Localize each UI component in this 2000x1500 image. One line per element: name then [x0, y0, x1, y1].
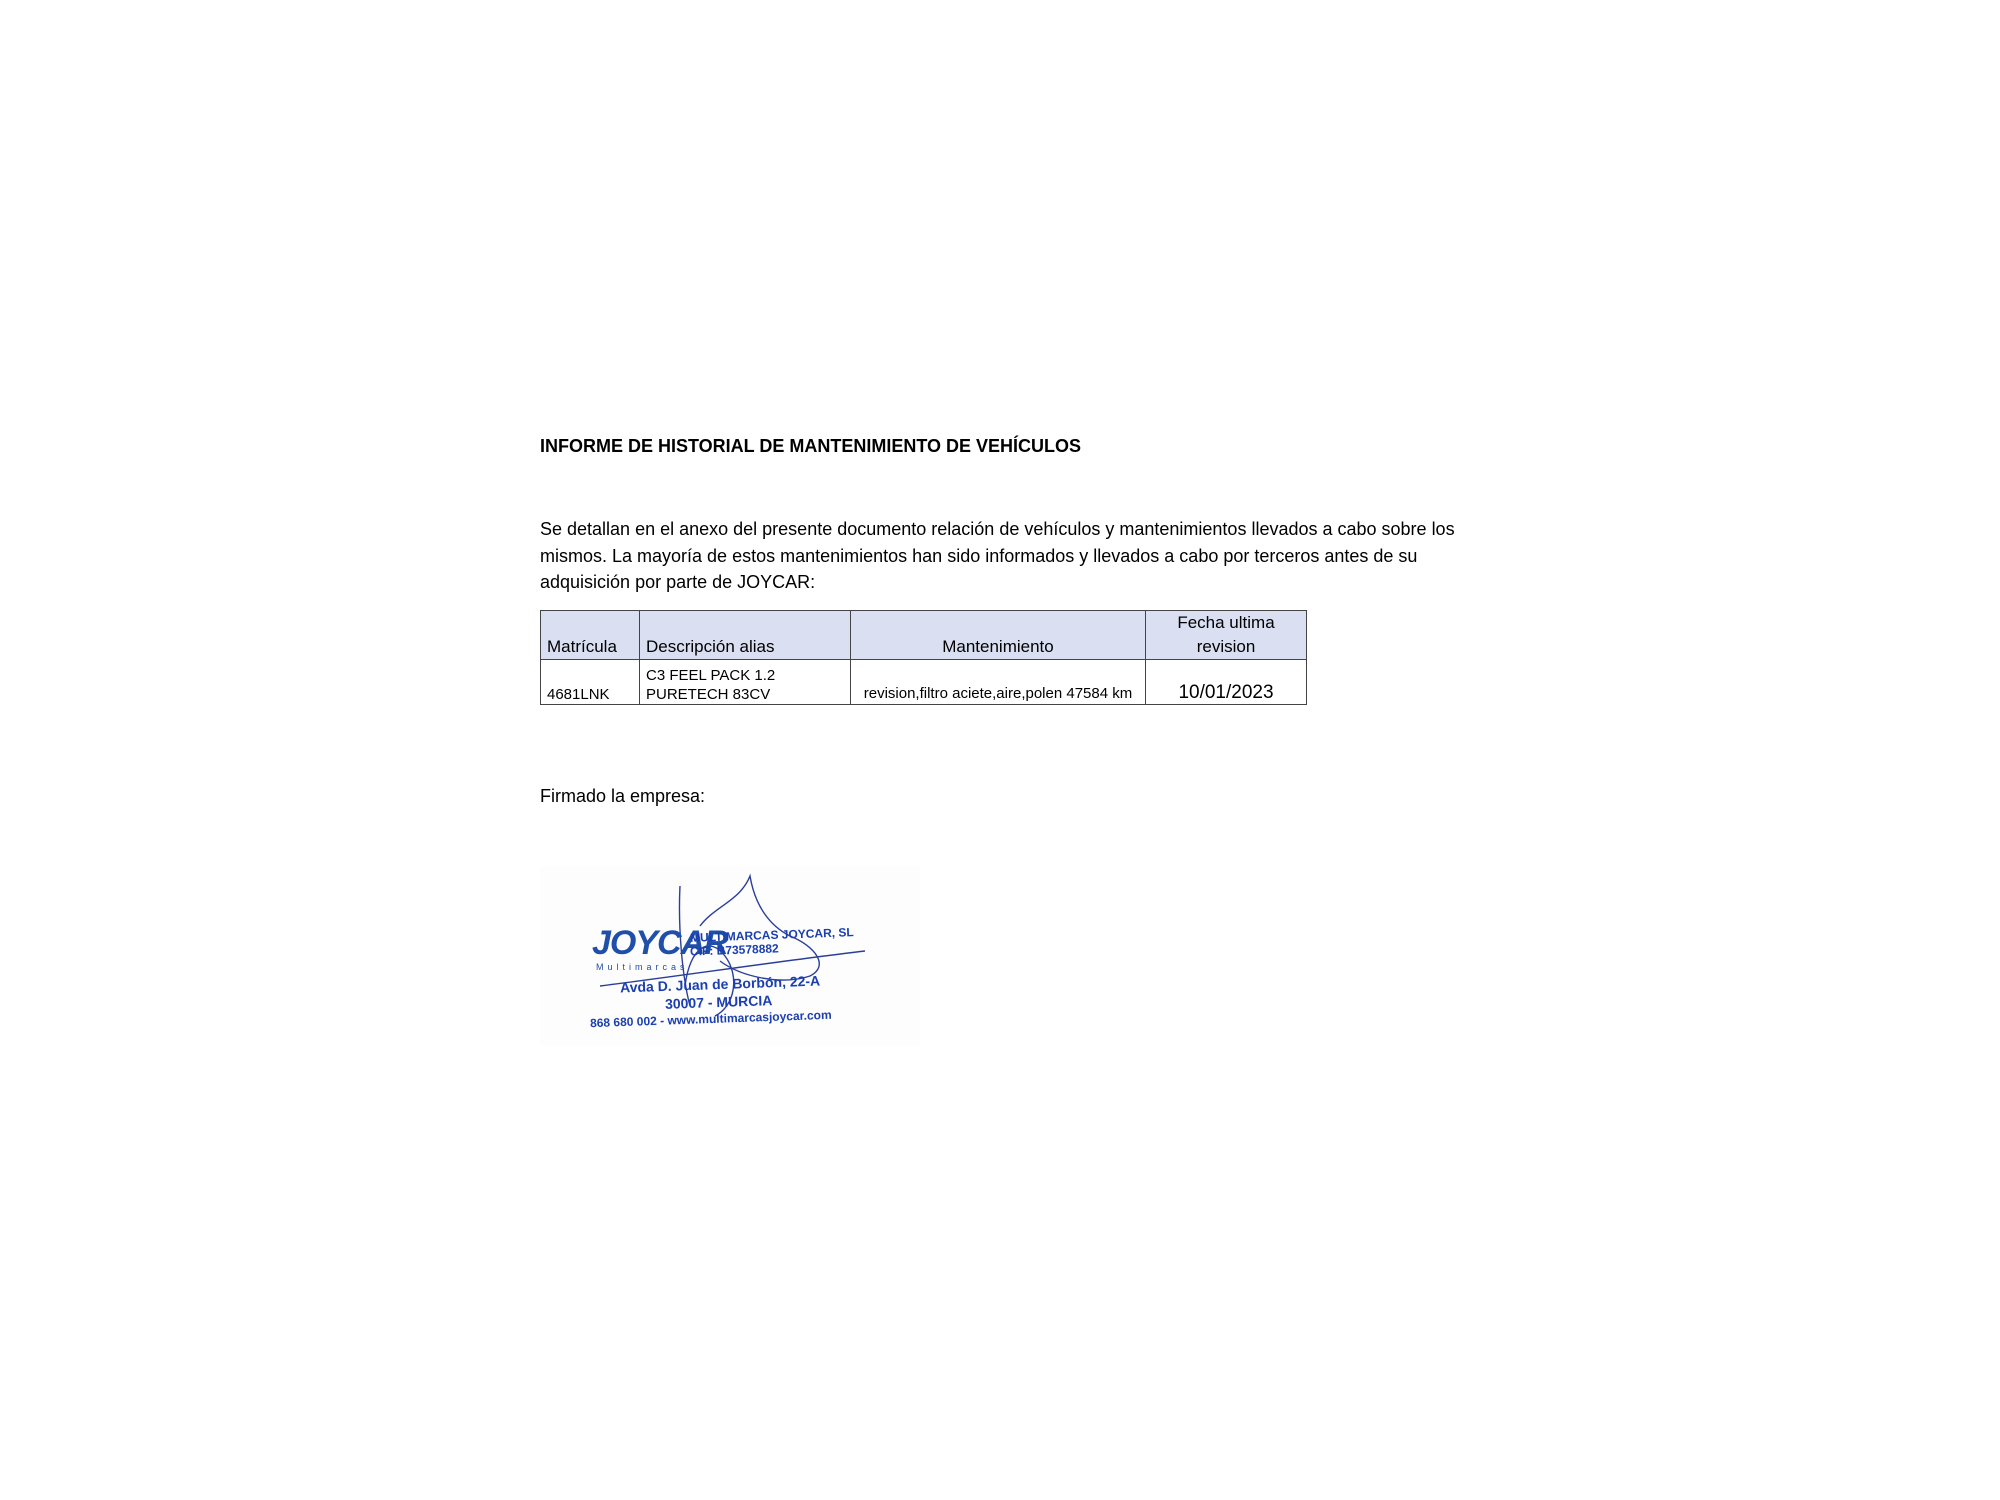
- intro-paragraph: Se detallan en el anexo del presente doc…: [540, 516, 1480, 596]
- header-descripcion: Descripción alias: [640, 611, 851, 660]
- joycar-logo-sub: Multimarcas: [596, 962, 689, 972]
- signed-label: Firmado la empresa:: [540, 786, 705, 807]
- cell-fecha: 10/01/2023: [1146, 660, 1307, 705]
- header-fecha: Fecha ultima revision: [1146, 611, 1307, 660]
- header-mantenimiento: Mantenimiento: [851, 611, 1146, 660]
- company-stamp: JOYCAR Multimarcas MULTIMARCAS JOYCAR, S…: [540, 866, 920, 1046]
- table-row: 4681LNK C3 FEEL PACK 1.2 PURETECH 83CV r…: [541, 660, 1307, 705]
- document-title: INFORME DE HISTORIAL DE MANTENIMIENTO DE…: [540, 436, 1081, 457]
- table-header-row: Matrícula Descripción alias Mantenimient…: [541, 611, 1307, 660]
- header-matricula: Matrícula: [541, 611, 640, 660]
- cell-mantenimiento: revision,filtro aciete,aire,polen 47584 …: [851, 660, 1146, 705]
- cell-descripcion: C3 FEEL PACK 1.2 PURETECH 83CV: [640, 660, 851, 705]
- maintenance-table: Matrícula Descripción alias Mantenimient…: [540, 610, 1307, 705]
- cell-matricula: 4681LNK: [541, 660, 640, 705]
